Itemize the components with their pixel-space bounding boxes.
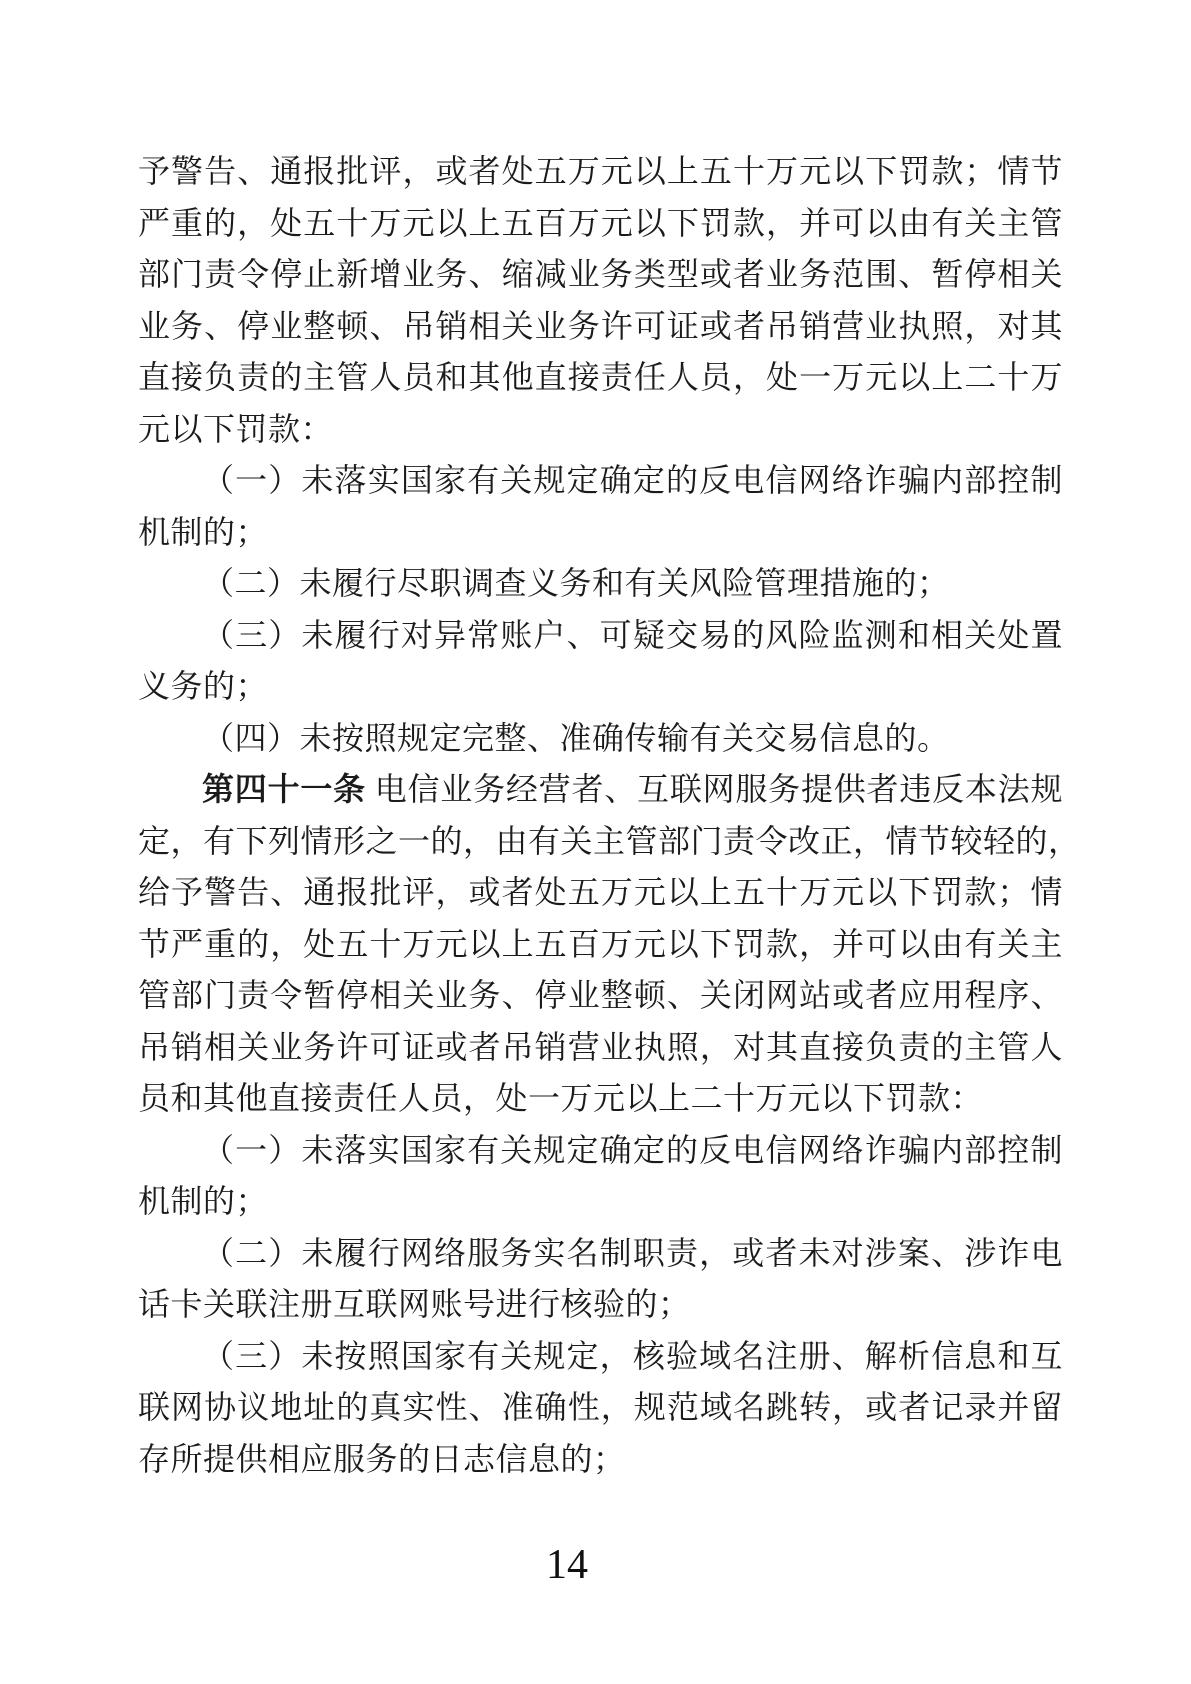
- text-line: 予警告、通报批评，或者处五万元以上五十万元以下罚款；情节: [138, 146, 1063, 198]
- paragraph-list-item-2: （二）未履行尽职调查义务和有关风险管理措施的；: [138, 558, 1063, 610]
- text-line: 业务、停业整顿、吊销相关业务许可证或者吊销营业执照，对其: [138, 301, 1063, 353]
- text-line: 吊销相关业务许可证或者吊销营业执照，对其直接负责的主管人: [138, 1022, 1063, 1074]
- page-number: 14: [0, 1541, 1134, 1589]
- text-line: 联网协议地址的真实性、准确性，规范域名跳转，或者记录并留: [138, 1382, 1063, 1434]
- text-line: 话卡关联注册互联网账号进行核验的；: [138, 1279, 1063, 1331]
- text-line: 存所提供相应服务的日志信息的；: [138, 1434, 1063, 1486]
- paragraph-article41-item-3: （三）未按照国家有关规定，核验域名注册、解析信息和互 联网协议地址的真实性、准确…: [138, 1331, 1063, 1486]
- text-line: 节严重的，处五十万元以上五百万元以下罚款，并可以由有关主: [138, 919, 1063, 971]
- paragraph-article-41: 第四十一条 电信业务经营者、互联网服务提供者违反本法规 定，有下列情形之一的，由…: [138, 764, 1063, 1125]
- text-line: 定，有下列情形之一的，由有关主管部门责令改正，情节较轻的，: [138, 816, 1063, 868]
- text-line: （四）未按照规定完整、准确传输有关交易信息的。: [138, 713, 1063, 765]
- text-line: （三）未履行对异常账户、可疑交易的风险监测和相关处置: [138, 610, 1063, 662]
- document-page: 予警告、通报批评，或者处五万元以上五十万元以下罚款；情节 严重的，处五十万元以上…: [0, 0, 1191, 1684]
- paragraph-penalty-continuation: 予警告、通报批评，或者处五万元以上五十万元以下罚款；情节 严重的，处五十万元以上…: [138, 146, 1063, 455]
- paragraph-article41-item-2: （二）未履行网络服务实名制职责，或者未对涉案、涉诈电 话卡关联注册互联网账号进行…: [138, 1228, 1063, 1331]
- article-number: 第四十一条: [202, 771, 366, 807]
- text-line: 直接负责的主管人员和其他直接责任人员，处一万元以上二十万: [138, 352, 1063, 404]
- article-heading-line: 第四十一条 电信业务经营者、互联网服务提供者违反本法规: [138, 764, 1063, 816]
- text-line: 严重的，处五十万元以上五百万元以下罚款，并可以由有关主管: [138, 198, 1063, 250]
- text-line: （一）未落实国家有关规定确定的反电信网络诈骗内部控制: [138, 455, 1063, 507]
- text-line: 机制的；: [138, 1176, 1063, 1228]
- text-line: （二）未履行尽职调查义务和有关风险管理措施的；: [138, 558, 1063, 610]
- text-line: （一）未落实国家有关规定确定的反电信网络诈骗内部控制: [138, 1125, 1063, 1177]
- text-line: 员和其他直接责任人员，处一万元以上二十万元以下罚款：: [138, 1073, 1063, 1125]
- text-line: 义务的；: [138, 661, 1063, 713]
- text-line: 元以下罚款：: [138, 404, 1063, 456]
- text-line: 管部门责令暂停相关业务、停业整顿、关闭网站或者应用程序、: [138, 970, 1063, 1022]
- document-body: 予警告、通报批评，或者处五万元以上五十万元以下罚款；情节 严重的，处五十万元以上…: [138, 146, 1063, 1485]
- article-first-line-text: 电信业务经营者、互联网服务提供者违反本法规: [375, 771, 1063, 807]
- paragraph-list-item-3: （三）未履行对异常账户、可疑交易的风险监测和相关处置 义务的；: [138, 610, 1063, 713]
- text-line: 给予警告、通报批评，或者处五万元以上五十万元以下罚款；情: [138, 867, 1063, 919]
- text-line: （三）未按照国家有关规定，核验域名注册、解析信息和互: [138, 1331, 1063, 1383]
- text-line: 部门责令停止新增业务、缩减业务类型或者业务范围、暂停相关: [138, 249, 1063, 301]
- paragraph-article41-item-1: （一）未落实国家有关规定确定的反电信网络诈骗内部控制 机制的；: [138, 1125, 1063, 1228]
- text-line: 机制的；: [138, 507, 1063, 559]
- paragraph-list-item-4: （四）未按照规定完整、准确传输有关交易信息的。: [138, 713, 1063, 765]
- paragraph-list-item-1: （一）未落实国家有关规定确定的反电信网络诈骗内部控制 机制的；: [138, 455, 1063, 558]
- text-line: （二）未履行网络服务实名制职责，或者未对涉案、涉诈电: [138, 1228, 1063, 1280]
